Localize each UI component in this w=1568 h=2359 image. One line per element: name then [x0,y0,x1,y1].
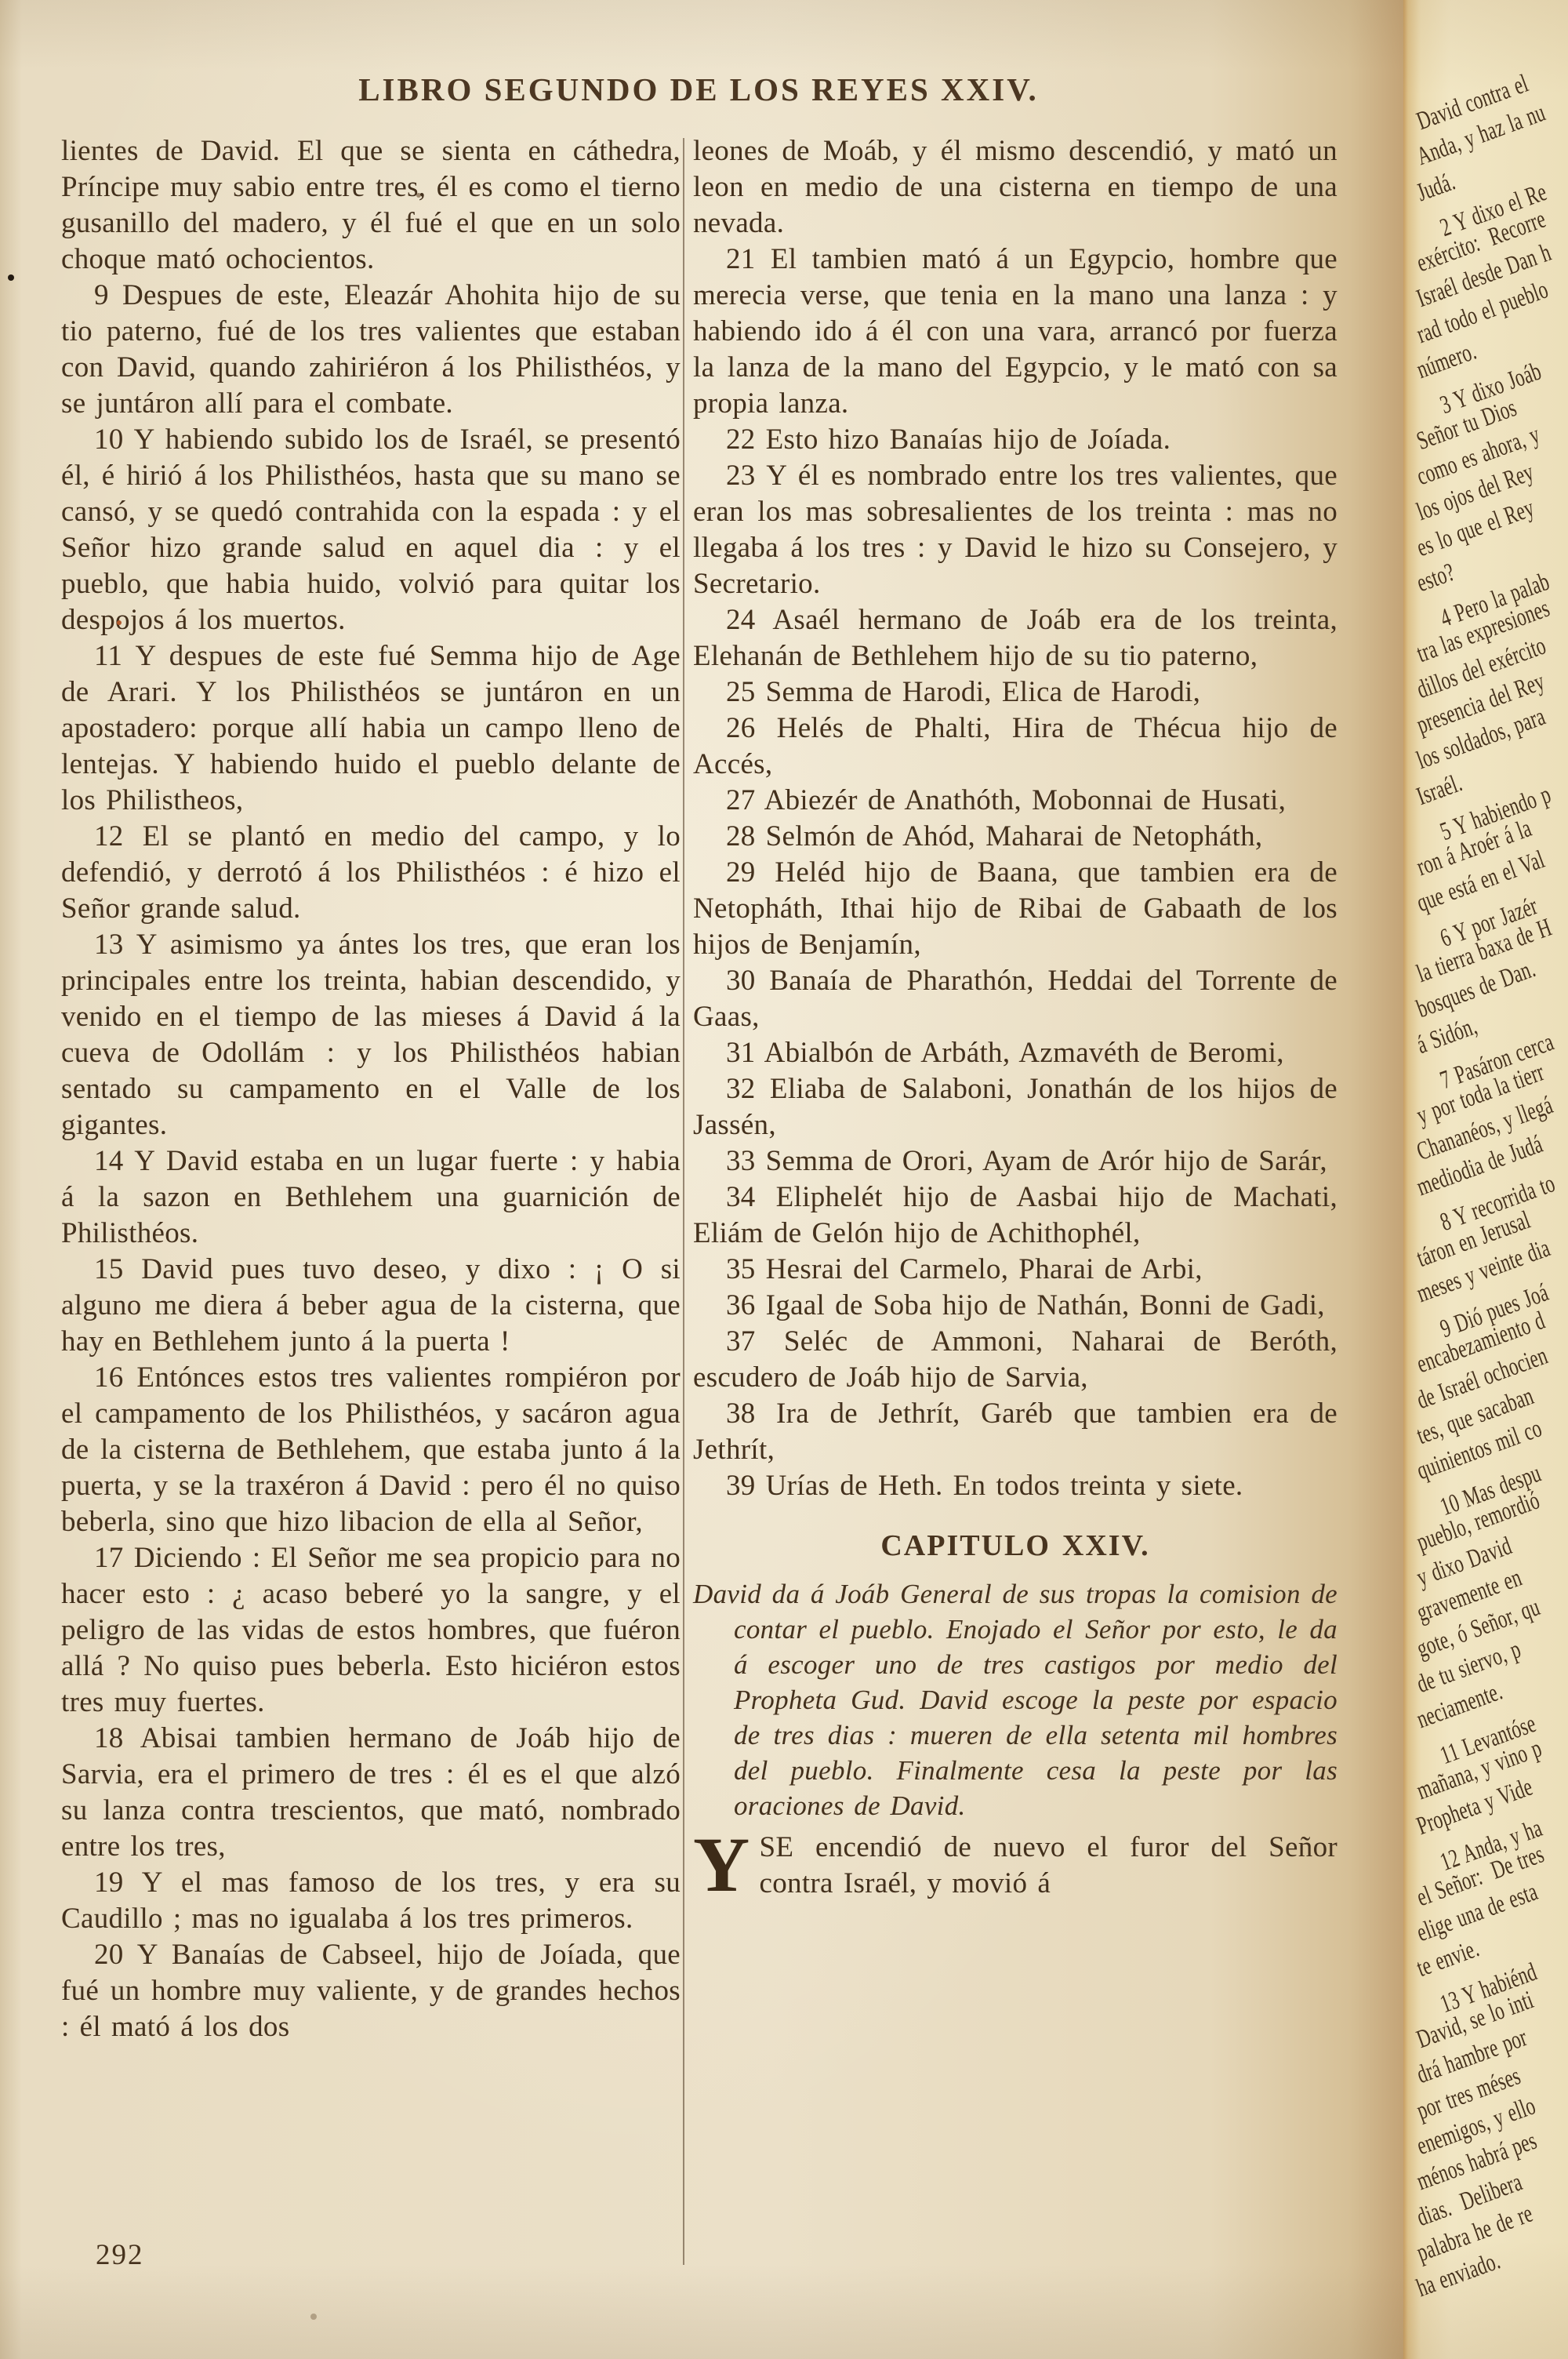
verse-paragraph: 13 Y asimismo ya ántes los tres, que era… [61,927,681,1143]
verse-paragraph: 38 Ira de Jethrít, Garéb que tambien era… [693,1396,1338,1468]
verse-paragraph: 22 Esto hizo Banaías hijo de Joíada. [693,422,1338,458]
drop-cap-initial: Y [693,1830,760,1894]
verse-paragraph: 33 Semma de Orori, Ayam de Arór hijo de … [693,1143,1338,1179]
book-photo: { "colors": { "paper": "#ebe0c8", "next_… [0,0,1568,2359]
verse-paragraph: leones de Moáb, y él mismo descendió, y … [693,133,1338,242]
verse-paragraph: 20 Y Banaías de Cabseel, hijo de Joíada,… [61,1937,681,2045]
verse-paragraph: 29 Heléd hijo de Baana, que tambien era … [693,855,1338,963]
verse-paragraph: 26 Helés de Phalti, Hira de Thécua hijo … [693,711,1338,783]
next-page-line: ha enviado. [1419,2275,1568,2310]
page-number: 292 [96,2238,144,2272]
verse-paragraph: 9 Despues de este, Eleazár Ahohita hijo … [61,278,681,422]
verse-paragraph: 16 Entónces estos tres valientes rompiér… [61,1360,681,1540]
verse-paragraph: 18 Abisai tambien hermano de Joáb hijo d… [61,1721,681,1865]
chapter-heading: CAPITULO XXIV. [693,1528,1338,1564]
verse-paragraph: 25 Semma de Harodi, Elica de Harodi, [693,674,1338,711]
verse-paragraph: lientes de David. El que se sienta en cá… [61,133,681,278]
verse-paragraph: 35 Hesrai del Carmelo, Pharai de Arbi, [693,1252,1338,1288]
verse-paragraph: 37 Seléc de Ammoni, Naharai de Beróth, e… [693,1324,1338,1396]
next-page-edge: David contra elAnda, y haz la nuJudá.2 Y… [1403,0,1568,2359]
verse-paragraph: 19 Y el mas famoso de los tres, y era su… [61,1865,681,1937]
verse-paragraph: 30 Banaía de Pharathón, Heddai del Torre… [693,963,1338,1035]
verse-paragraph: 24 Asaél hermano de Joáb era de los trei… [693,602,1338,674]
opening-text: SE encendió de nuevo el furor del Señor … [760,1831,1338,1899]
running-header: LIBRO SEGUNDO DE LOS REYES XXIV. [60,71,1338,108]
left-text-column: lientes de David. El que se sienta en cá… [61,133,681,2045]
verse-paragraph: 39 Urías de Heth. En todos treinta y sie… [693,1468,1338,1504]
verse-paragraph: 36 Igaal de Soba hijo de Nathán, Bonni d… [693,1288,1338,1324]
right-column-verses: leones de Moáb, y él mismo descendió, y … [693,133,1338,1504]
book-page: LIBRO SEGUNDO DE LOS REYES XXIV. lientes… [0,0,1405,2359]
chapter-summary: David da á Joáb General de sus tropas la… [693,1576,1338,1823]
column-divider-rule [683,138,684,2265]
verse-paragraph: 31 Abialbón de Arbáth, Azmavéth de Berom… [693,1035,1338,1071]
verse-paragraph: 12 El se plantó en medio del campo, y lo… [61,819,681,927]
verse-paragraph: 15 David pues tuvo deseo, y dixo : ¡ O s… [61,1252,681,1360]
verse-paragraph: 27 Abiezér de Anathóth, Mobonnai de Husa… [693,783,1338,819]
verse-paragraph: 34 Eliphelét hijo de Aasbai hijo de Mach… [693,1179,1338,1252]
verse-paragraph: 23 Y él es nombrado entre los tres valie… [693,458,1338,602]
verse-paragraph: 10 Y habiendo subido los de Israél, se p… [61,422,681,638]
verse-paragraph: 17 Diciendo : El Señor me sea propicio p… [61,1540,681,1721]
verse-paragraph: 32 Eliaba de Salaboni, Jonathán de los h… [693,1071,1338,1143]
right-text-column: leones de Moáb, y él mismo descendió, y … [693,133,1338,1902]
verse-paragraph: 11 Y despues de este fué Semma hijo de A… [61,638,681,819]
verse-paragraph: 28 Selmón de Ahód, Maharai de Netopháth, [693,819,1338,855]
next-page-text-fragments: David contra elAnda, y haz la nuJudá.2 Y… [1419,108,1568,2310]
verse-paragraph: 21 El tambien mató á un Egypcio, hombre … [693,242,1338,422]
verse-paragraph: 14 Y David estaba en un lugar fuerte : y… [61,1143,681,1252]
chapter-opening-paragraph: YSE encendió de nuevo el furor del Señor… [693,1830,1338,1902]
